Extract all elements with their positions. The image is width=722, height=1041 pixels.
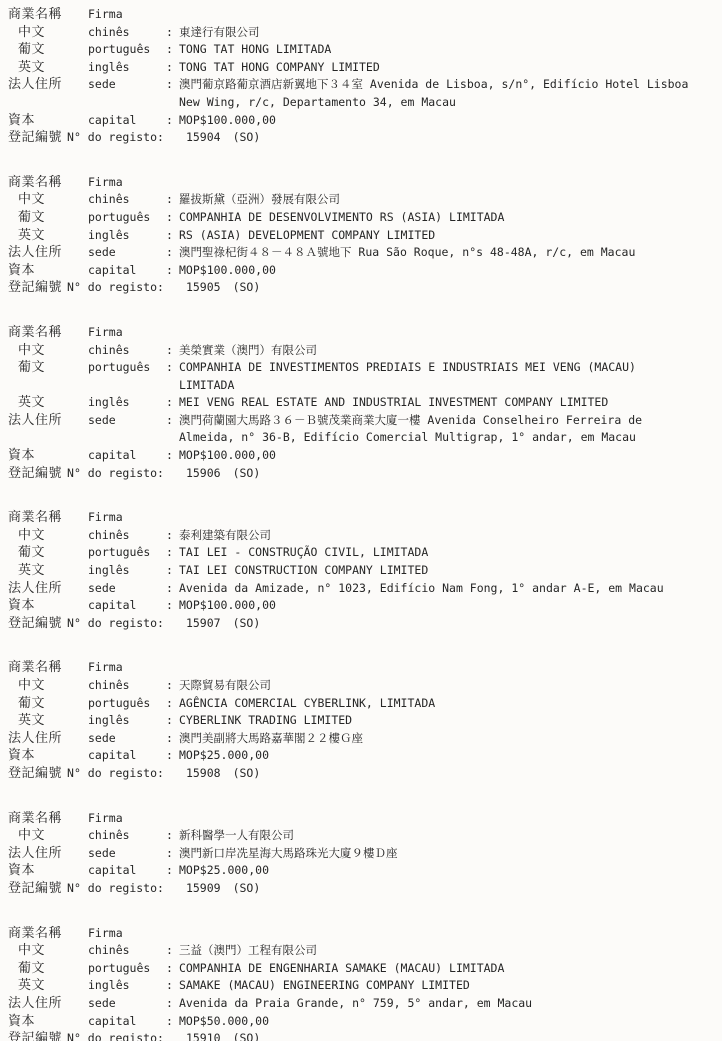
chinese-name-row: 中文 chinês :三益（澳門）工程有限公司 [8,942,722,960]
firma-label-pt: Firma [88,810,166,828]
colon: : [166,244,179,262]
registo-number: 15906 [186,465,221,483]
registo-label-pt: N° do registo: [67,129,164,147]
chinese-name-row: 中文 chinês :羅拔斯黛（亞洲）發展有限公司 [8,191,722,209]
sede-label-zh: 法人住所 [8,580,88,598]
chinese-name-value: 羅拔斯黛（亞洲）發展有限公司 [179,191,694,209]
chinese-name-value: 美榮實業（澳門）有限公司 [179,342,694,360]
capital-label-pt: capital [88,1013,166,1031]
english-name-value: CYBERLINK TRADING LIMITED [179,712,694,730]
colon: : [166,995,179,1013]
chinese-name-row: 中文 chinês :泰利建築有限公司 [8,527,722,545]
registo-suffix: (SO) [233,279,261,297]
capital-row: 資本 capital :MOP$100.000,00 [8,262,722,280]
chinese-name-value: 泰利建築有限公司 [179,527,694,545]
portuguese-name-value: TONG TAT HONG LIMITADA [179,41,694,59]
chinese-name-value: 三益（澳門）工程有限公司 [179,942,694,960]
english-name-value: TONG TAT HONG COMPANY LIMITED [179,59,694,77]
registo-number: 15907 [186,615,221,633]
company-record: 商業名稱 Firma 中文 chinês :羅拔斯黛（亞洲）發展有限公司 葡文 … [8,174,722,297]
portuguese-label-pt: português [88,695,166,713]
firma-header-row: 商業名稱 Firma [8,174,722,192]
capital-label-pt: capital [88,447,166,465]
registo-label-pt: N° do registo: [67,1030,164,1041]
capital-label-pt: capital [88,747,166,765]
capital-row: 資本 capital :MOP$50.000,00 [8,1013,722,1031]
firma-label-zh: 商業名稱 [8,509,88,527]
registo-label-zh: 登記編號 [8,129,62,147]
colon: : [166,359,179,377]
company-record: 商業名稱 Firma 中文 chinês :天際貿易有限公司 葡文 portug… [8,659,722,782]
sede-label-pt: sede [88,76,166,94]
firma-label-zh: 商業名稱 [8,6,88,24]
colon: : [166,580,179,598]
chinese-label-zh: 中文 [8,827,88,845]
english-name-value: TAI LEI CONSTRUCTION COMPANY LIMITED [179,562,694,580]
colon: : [166,447,179,465]
colon: : [166,59,179,77]
chinese-label-pt: chinês [88,191,166,209]
registo-label-pt: N° do registo: [67,465,164,483]
colon: : [166,191,179,209]
firma-header-row: 商業名稱 Firma [8,810,722,828]
registo-label-zh: 登記編號 [8,279,62,297]
english-label-pt: inglês [88,227,166,245]
firma-label-pt: Firma [88,6,166,24]
chinese-label-zh: 中文 [8,527,88,545]
colon: : [166,730,179,748]
firma-label-zh: 商業名稱 [8,925,88,943]
sede-label-zh: 法人住所 [8,412,88,430]
chinese-label-zh: 中文 [8,677,88,695]
colon: : [166,76,179,94]
registo-label-zh: 登記編號 [8,1030,62,1041]
english-name-row: 英文 inglês :TONG TAT HONG COMPANY LIMITED [8,59,722,77]
registo-label-pt: N° do registo: [67,279,164,297]
colon: : [166,712,179,730]
english-name-row: 英文 inglês :MEI VENG REAL ESTATE AND INDU… [8,394,722,412]
colon: : [166,942,179,960]
capital-row: 資本 capital :MOP$25.000,00 [8,862,722,880]
portuguese-name-value: TAI LEI - CONSTRUÇÃO CIVIL, LIMITADA [179,544,694,562]
english-label-zh: 英文 [8,712,88,730]
portuguese-name-row: 葡文 português :TONG TAT HONG LIMITADA [8,41,722,59]
colon: : [166,24,179,42]
registo-number: 15905 [186,279,221,297]
sede-row: 法人住所 sede :澳門聖祿杞街４８－４８Ａ號地下 Rua São Roque… [8,244,722,262]
registo-label-zh: 登記編號 [8,765,62,783]
chinese-name-value: 天際貿易有限公司 [179,677,694,695]
firma-header-row: 商業名稱 Firma [8,509,722,527]
colon: : [166,562,179,580]
sede-value: 澳門荷蘭園大馬路３６－Ｂ號茂業商業大廈一樓 Avenida Conselheir… [179,412,694,447]
sede-value: 澳門聖祿杞街４８－４８Ａ號地下 Rua São Roque, n°s 48-48… [179,244,694,262]
colon: : [166,262,179,280]
capital-value: MOP$25.000,00 [179,862,694,880]
capital-label-pt: capital [88,597,166,615]
chinese-label-zh: 中文 [8,191,88,209]
portuguese-label-zh: 葡文 [8,695,88,713]
sede-label-pt: sede [88,580,166,598]
english-label-pt: inglês [88,394,166,412]
firma-label-pt: Firma [88,324,166,342]
colon: : [166,597,179,615]
sede-label-pt: sede [88,845,166,863]
company-record: 商業名稱 Firma 中文 chinês :新科醫學一人有限公司 法人住所 se… [8,810,722,898]
english-label-zh: 英文 [8,394,88,412]
registo-suffix: (SO) [233,765,261,783]
registo-label-zh: 登記編號 [8,880,62,898]
chinese-label-zh: 中文 [8,24,88,42]
capital-value: MOP$100.000,00 [179,597,694,615]
sede-value: 澳門葡京路葡京酒店新翼地下３４室 Avenida de Lisboa, s/n°… [179,76,694,111]
sede-label-pt: sede [88,244,166,262]
sede-label-zh: 法人住所 [8,995,88,1013]
capital-label-pt: capital [88,862,166,880]
english-label-pt: inglês [88,59,166,77]
capital-row: 資本 capital :MOP$100.000,00 [8,112,722,130]
english-name-value: SAMAKE (MACAU) ENGINEERING COMPANY LIMIT… [179,977,694,995]
capital-value: MOP$50.000,00 [179,1013,694,1031]
english-label-pt: inglês [88,977,166,995]
registo-row: 登記編號 N° do registo: 15906 (SO) [8,465,722,483]
portuguese-label-pt: português [88,960,166,978]
capital-value: MOP$100.000,00 [179,112,694,130]
firma-header-row: 商業名稱 Firma [8,659,722,677]
colon: : [166,41,179,59]
portuguese-name-row: 葡文 português :COMPANHIA DE ENGENHARIA SA… [8,960,722,978]
registo-row: 登記編號 N° do registo: 15910 (SO) [8,1030,722,1041]
registo-label-pt: N° do registo: [67,615,164,633]
firma-label-zh: 商業名稱 [8,659,88,677]
company-record: 商業名稱 Firma 中文 chinês :三益（澳門）工程有限公司 葡文 po… [8,925,722,1041]
firma-label-pt: Firma [88,659,166,677]
english-name-row: 英文 inglês :SAMAKE (MACAU) ENGINEERING CO… [8,977,722,995]
portuguese-name-row: 葡文 português :COMPANHIA DE INVESTIMENTOS… [8,359,722,394]
registo-suffix: (SO) [233,465,261,483]
registo-label-pt: N° do registo: [67,765,164,783]
portuguese-label-zh: 葡文 [8,359,88,377]
portuguese-name-row: 葡文 português :TAI LEI - CONSTRUÇÃO CIVIL… [8,544,722,562]
sede-label-zh: 法人住所 [8,244,88,262]
chinese-name-row: 中文 chinês :美榮實業（澳門）有限公司 [8,342,722,360]
gazette-page: 商業名稱 Firma 中文 chinês :東達行有限公司 葡文 portugu… [0,0,722,1041]
portuguese-name-row: 葡文 português :COMPANHIA DE DESENVOLVIMEN… [8,209,722,227]
registo-suffix: (SO) [233,129,261,147]
registo-number: 15909 [186,880,221,898]
sede-label-zh: 法人住所 [8,76,88,94]
sede-label-pt: sede [88,730,166,748]
colon: : [166,227,179,245]
english-label-zh: 英文 [8,977,88,995]
registo-number: 15904 [186,129,221,147]
english-name-row: 英文 inglês :TAI LEI CONSTRUCTION COMPANY … [8,562,722,580]
chinese-label-pt: chinês [88,827,166,845]
registo-label-zh: 登記編號 [8,615,62,633]
colon: : [166,827,179,845]
chinese-label-zh: 中文 [8,342,88,360]
colon: : [166,112,179,130]
chinese-label-zh: 中文 [8,942,88,960]
sede-value: Avenida da Praia Grande, n° 759, 5° anda… [179,995,694,1013]
registo-number: 15910 [186,1030,221,1041]
english-label-pt: inglês [88,712,166,730]
sede-row: 法人住所 sede :澳門荷蘭園大馬路３６－Ｂ號茂業商業大廈一樓 Avenida… [8,412,722,447]
firma-label-pt: Firma [88,509,166,527]
registo-row: 登記編號 N° do registo: 15904 (SO) [8,129,722,147]
registo-number: 15908 [186,765,221,783]
firma-label-zh: 商業名稱 [8,324,88,342]
portuguese-label-zh: 葡文 [8,544,88,562]
capital-label-zh: 資本 [8,1013,88,1031]
firma-label-zh: 商業名稱 [8,810,88,828]
colon: : [166,677,179,695]
sede-row: 法人住所 sede :Avenida da Praia Grande, n° 7… [8,995,722,1013]
sede-label-zh: 法人住所 [8,730,88,748]
chinese-label-pt: chinês [88,942,166,960]
capital-label-pt: capital [88,262,166,280]
portuguese-label-pt: português [88,544,166,562]
capital-row: 資本 capital :MOP$100.000,00 [8,447,722,465]
registo-suffix: (SO) [233,615,261,633]
portuguese-label-pt: português [88,209,166,227]
registo-row: 登記編號 N° do registo: 15909 (SO) [8,880,722,898]
colon: : [166,209,179,227]
chinese-name-value: 新科醫學一人有限公司 [179,827,694,845]
company-record: 商業名稱 Firma 中文 chinês :泰利建築有限公司 葡文 portug… [8,509,722,632]
english-name-row: 英文 inglês :RS (ASIA) DEVELOPMENT COMPANY… [8,227,722,245]
colon: : [166,412,179,430]
english-name-value: MEI VENG REAL ESTATE AND INDUSTRIAL INVE… [179,394,694,412]
capital-label-zh: 資本 [8,862,88,880]
sede-value: 澳門美副將大馬路嘉華閣２２樓Ｇ座 [179,730,694,748]
sede-label-zh: 法人住所 [8,845,88,863]
capital-label-pt: capital [88,112,166,130]
portuguese-label-pt: português [88,359,166,377]
firma-label-zh: 商業名稱 [8,174,88,192]
portuguese-label-zh: 葡文 [8,209,88,227]
colon: : [166,960,179,978]
english-name-value: RS (ASIA) DEVELOPMENT COMPANY LIMITED [179,227,694,245]
firma-header-row: 商業名稱 Firma [8,324,722,342]
colon: : [166,845,179,863]
sede-label-pt: sede [88,412,166,430]
firma-label-pt: Firma [88,925,166,943]
registo-suffix: (SO) [233,880,261,898]
colon: : [166,342,179,360]
capital-label-zh: 資本 [8,447,88,465]
english-label-zh: 英文 [8,227,88,245]
registo-row: 登記編號 N° do registo: 15907 (SO) [8,615,722,633]
chinese-label-pt: chinês [88,24,166,42]
capital-row: 資本 capital :MOP$100.000,00 [8,597,722,615]
chinese-name-value: 東達行有限公司 [179,24,694,42]
sede-value: 澳門新口岸冼星海大馬路珠光大廈９樓Ｄ座 [179,845,694,863]
english-label-zh: 英文 [8,562,88,580]
capital-label-zh: 資本 [8,747,88,765]
portuguese-name-value: COMPANHIA DE INVESTIMENTOS PREDIAIS E IN… [179,359,694,394]
colon: : [166,977,179,995]
firma-header-row: 商業名稱 Firma [8,6,722,24]
portuguese-label-zh: 葡文 [8,41,88,59]
sede-row: 法人住所 sede :Avenida da Amizade, n° 1023, … [8,580,722,598]
company-record: 商業名稱 Firma 中文 chinês :東達行有限公司 葡文 portugu… [8,6,722,147]
firma-header-row: 商業名稱 Firma [8,925,722,943]
colon: : [166,747,179,765]
sede-row: 法人住所 sede :澳門美副將大馬路嘉華閣２２樓Ｇ座 [8,730,722,748]
sede-value: Avenida da Amizade, n° 1023, Edifício Na… [179,580,694,598]
capital-row: 資本 capital :MOP$25.000,00 [8,747,722,765]
chinese-name-row: 中文 chinês :東達行有限公司 [8,24,722,42]
english-label-zh: 英文 [8,59,88,77]
colon: : [166,394,179,412]
portuguese-name-row: 葡文 português :AGÊNCIA COMERCIAL CYBERLIN… [8,695,722,713]
chinese-label-pt: chinês [88,342,166,360]
capital-value: MOP$100.000,00 [179,262,694,280]
portuguese-name-value: AGÊNCIA COMERCIAL CYBERLINK, LIMITADA [179,695,694,713]
registo-suffix: (SO) [233,1030,261,1041]
portuguese-label-pt: português [88,41,166,59]
registo-row: 登記編號 N° do registo: 15908 (SO) [8,765,722,783]
english-label-pt: inglês [88,562,166,580]
chinese-label-pt: chinês [88,677,166,695]
registo-row: 登記編號 N° do registo: 15905 (SO) [8,279,722,297]
colon: : [166,695,179,713]
capital-label-zh: 資本 [8,597,88,615]
portuguese-name-value: COMPANHIA DE DESENVOLVIMENTO RS (ASIA) L… [179,209,694,227]
sede-row: 法人住所 sede :澳門葡京路葡京酒店新翼地下３４室 Avenida de L… [8,76,722,111]
capital-label-zh: 資本 [8,262,88,280]
firma-label-pt: Firma [88,174,166,192]
registo-label-zh: 登記編號 [8,465,62,483]
sede-row: 法人住所 sede :澳門新口岸冼星海大馬路珠光大廈９樓Ｄ座 [8,845,722,863]
company-record: 商業名稱 Firma 中文 chinês :美榮實業（澳門）有限公司 葡文 po… [8,324,722,482]
capital-label-zh: 資本 [8,112,88,130]
colon: : [166,862,179,880]
chinese-label-pt: chinês [88,527,166,545]
chinese-name-row: 中文 chinês :新科醫學一人有限公司 [8,827,722,845]
colon: : [166,544,179,562]
capital-value: MOP$25.000,00 [179,747,694,765]
sede-label-pt: sede [88,995,166,1013]
english-name-row: 英文 inglês :CYBERLINK TRADING LIMITED [8,712,722,730]
chinese-name-row: 中文 chinês :天際貿易有限公司 [8,677,722,695]
portuguese-label-zh: 葡文 [8,960,88,978]
colon: : [166,1013,179,1031]
portuguese-name-value: COMPANHIA DE ENGENHARIA SAMAKE (MACAU) L… [179,960,694,978]
registo-label-pt: N° do registo: [67,880,164,898]
colon: : [166,527,179,545]
capital-value: MOP$100.000,00 [179,447,694,465]
